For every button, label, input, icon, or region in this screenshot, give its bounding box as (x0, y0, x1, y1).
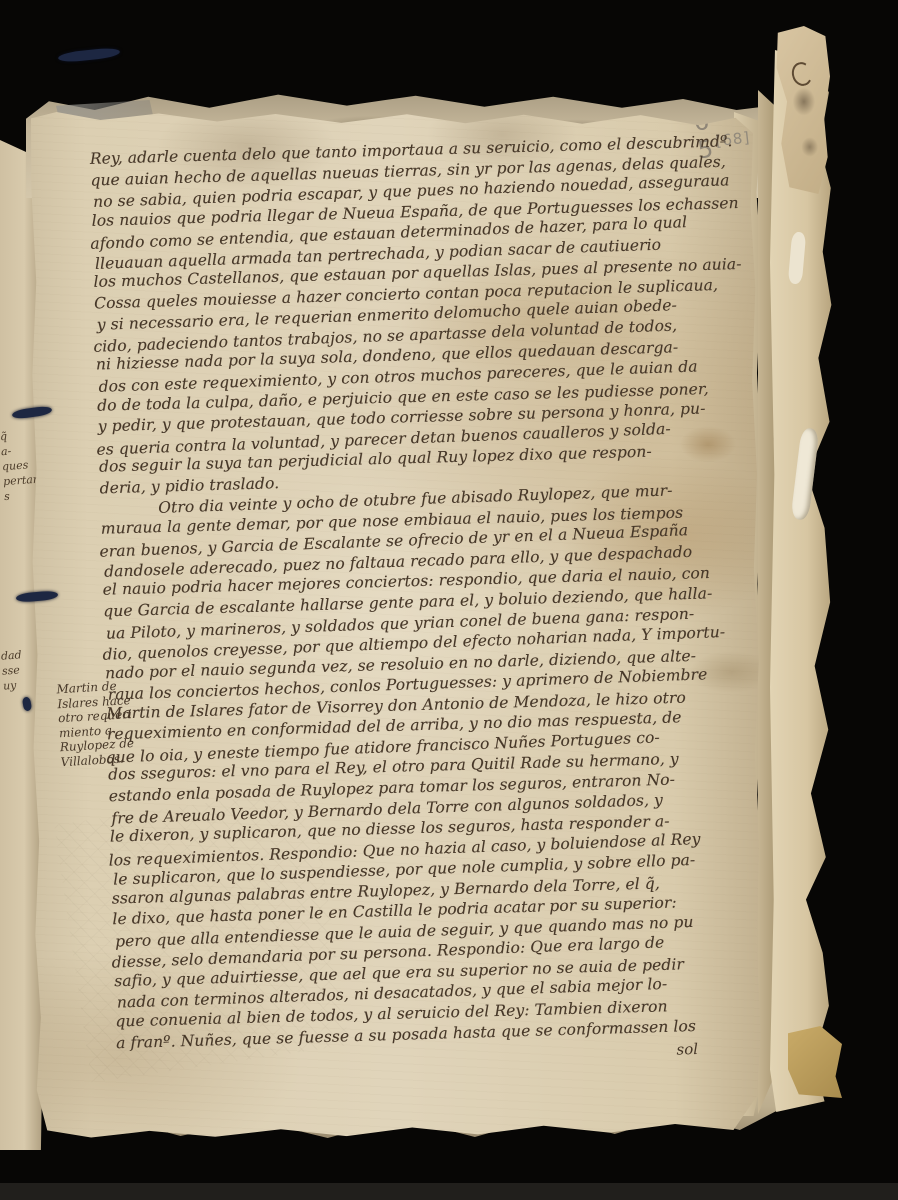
text-block: Rey, adarle cuenta delo que tanto import… (90, 130, 777, 1053)
scanner-bed-strip (0, 1183, 898, 1200)
manuscript-page: 6 5 [68] Rey, adarle cuenta delo que tan… (27, 102, 762, 1142)
verso-fragment-line: uy (3, 677, 25, 693)
parchment-flap (788, 1026, 842, 1098)
verso-fragment-line: pertar (3, 472, 39, 489)
torn-page-edge (770, 50, 832, 1112)
manuscript-photo: q̃ a- ques pertar s dad sse uy 6 5 [68] … (0, 0, 898, 1200)
verso-fragment: q̃ a- ques pertar s (0, 427, 40, 504)
verso-fragment-line: dad (0, 647, 22, 663)
verso-fragment-line: s (4, 487, 40, 504)
verso-fragment: dad sse uy (0, 647, 24, 693)
margin-note: Martin de Islares hace otro requeri mien… (56, 677, 157, 769)
catchword: sol (676, 1040, 698, 1059)
binding-thread (58, 47, 121, 63)
verso-fragment-line: sse (2, 662, 24, 678)
